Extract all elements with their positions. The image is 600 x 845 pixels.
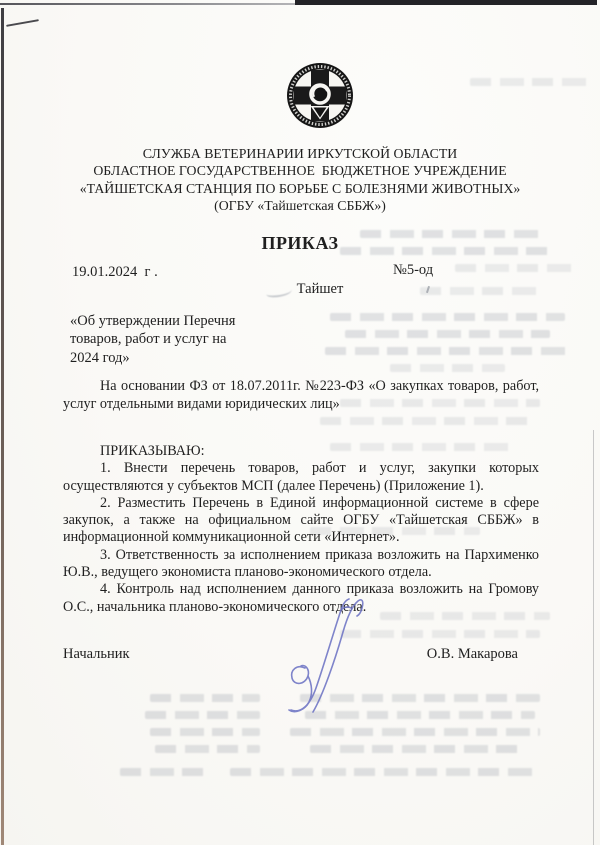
document-number: №5-од (393, 262, 433, 279)
bleedthrough-table-cell (150, 728, 260, 736)
resolution-heading: ПРИКАЗЫВАЮ: (63, 443, 539, 460)
org-name-line3: «ТАЙШЕТСКАЯ СТАНЦИЯ ПО БОРЬБЕ С БОЛЕЗНЯМ… (0, 180, 600, 197)
bleedthrough-line (320, 417, 530, 425)
subject-line: «Об утверждении Перечня (70, 312, 290, 330)
veterinary-cross-icon (284, 61, 356, 131)
org-name-line4: (ОГБУ «Тайшетская СББЖ») (0, 197, 600, 214)
legal-basis-paragraph: На основании ФЗ от 18.07.2011г. №223-ФЗ … (63, 377, 539, 413)
org-header: СЛУЖБА ВЕТЕРИНАРИИ ИРКУТСКОЙ ОБЛАСТИ ОБЛ… (0, 145, 600, 215)
bleedthrough-table-cell (145, 711, 260, 719)
bleedthrough-line (330, 313, 565, 321)
bleedthrough-table-cell (150, 694, 260, 702)
bleedthrough-line (455, 264, 575, 272)
bleedthrough-line (345, 330, 550, 338)
bleedthrough-table-cell (120, 768, 210, 776)
order-item-3: 3. Ответственность за исполнением приказ… (63, 547, 539, 582)
document-subject: «Об утверждении Перечня товаров, работ и… (70, 312, 290, 367)
bleedthrough-line (470, 78, 588, 86)
scan-edge-right (593, 430, 594, 845)
bleedthrough-table-cell (310, 745, 525, 753)
scan-edge-top-left (0, 3, 298, 5)
document-place: Тайшет (40, 281, 600, 298)
resolution-block: ПРИКАЗЫВАЮ: 1. Внести перечень товаров, … (63, 443, 539, 616)
bleedthrough-table-cell (230, 768, 540, 776)
org-name-line2: ОБЛАСТНОЕ ГОСУДАРСТВЕННОЕ БЮДЖЕТНОЕ УЧРЕ… (0, 162, 600, 179)
scan-edge-top-right (295, 0, 597, 5)
scan-stray-mark (6, 19, 39, 27)
org-name-line1: СЛУЖБА ВЕТЕРИНАРИИ ИРКУТСКОЙ ОБЛАСТИ (0, 145, 600, 162)
subject-line: товаров, работ и услуг на (70, 330, 290, 348)
document-date: 19.01.2024 г . (72, 264, 158, 281)
bleedthrough-table-cell (155, 745, 260, 753)
signature-row: Начальник О.В. Макарова (63, 646, 518, 663)
document-title: ПРИКАЗ (0, 233, 600, 254)
scanned-order-document: { "document": { "organization": { "line1… (0, 0, 600, 845)
bleedthrough-line (390, 364, 505, 372)
bleedthrough-line (325, 347, 570, 355)
order-item-2: 2. Разместить Перечень в Единой информац… (63, 495, 539, 547)
bleedthrough-table-cell (290, 728, 540, 736)
signatory-name: О.В. Макарова (427, 646, 518, 663)
signatory-position: Начальник (63, 646, 130, 663)
order-item-1: 1. Внести перечень товаров, работ и услу… (63, 460, 539, 495)
subject-line: 2024 год» (70, 349, 290, 367)
scan-edge-left (1, 8, 4, 845)
